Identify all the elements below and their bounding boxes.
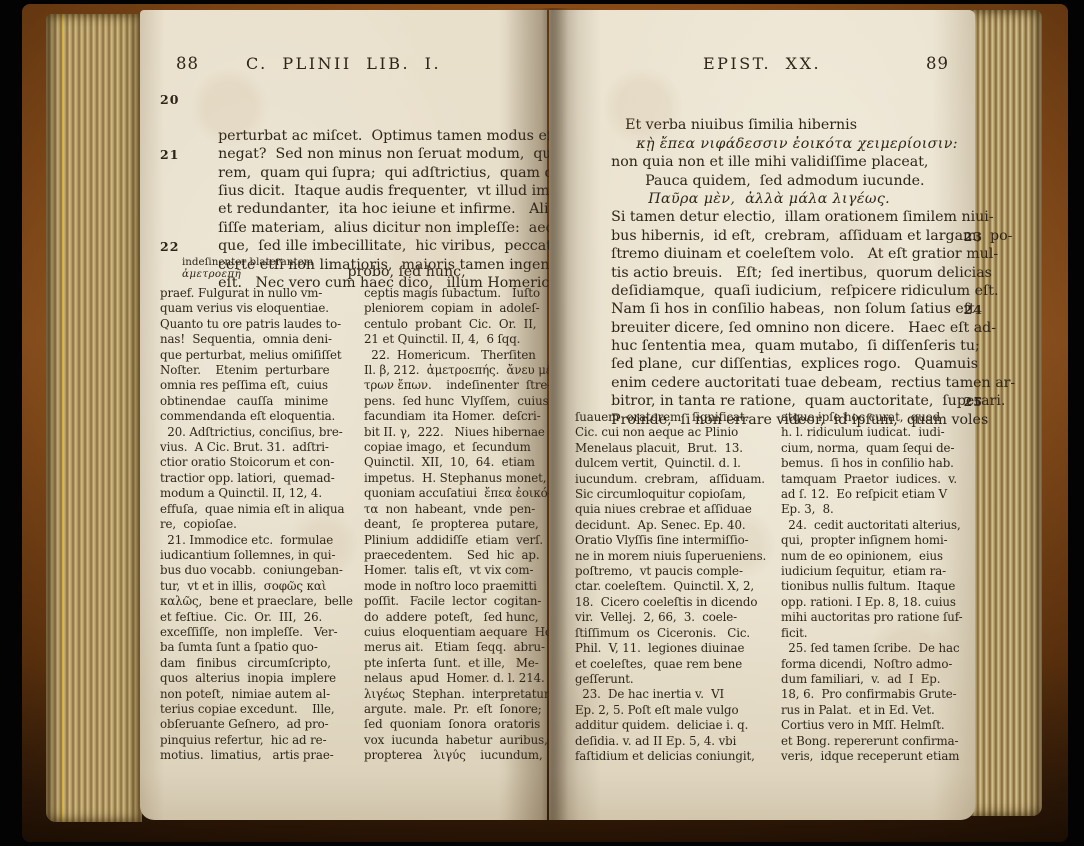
note-line: obſeruante Geſnero, ad pro- xyxy=(160,717,358,732)
note-line: copiae imago, et ſecundum xyxy=(364,440,556,455)
note-line: impetus. H. Stephanus monet, xyxy=(364,471,556,486)
left-page-notes-column-1: praef. Fulgurat in nullo vm-quam verius … xyxy=(160,286,358,764)
note-line: pleniorem copiam in adoleſ- xyxy=(364,301,556,316)
note-line: h. l. ridiculum iudicat. iudi- xyxy=(781,425,973,440)
note-line: facundiam ita Homer. deſcri- xyxy=(364,409,556,424)
running-header-right: EPIST. XX. xyxy=(549,54,975,73)
note-line: ſtiſſimum os Ciceronis. Cic. xyxy=(575,626,773,641)
note-line: τα non habeant, vnde pen- xyxy=(364,502,556,517)
note-line: iudicantium ſollemnes, in qui- xyxy=(160,548,358,563)
note-line: propterea λιγύς iucundum, xyxy=(364,748,556,763)
note-line: ctior oratio Stoicorum et con- xyxy=(160,455,358,470)
note-line: tionibus nullis fultum. Itaque xyxy=(781,579,973,594)
note-line: 18. Cicero coeleſtis in dicendo xyxy=(575,595,773,610)
note-line: atque ipſe hoc curat, quod xyxy=(781,410,973,425)
note-line: ctar. coeleſtem. Quinctil. X, 2, xyxy=(575,579,773,594)
note-line: opp. rationi. I Ep. 8, 18. cuius xyxy=(781,595,973,610)
margin-section-number: 21 xyxy=(160,146,179,164)
body-line: negat? Sed non minus non ſeruat modum, q… xyxy=(160,108,546,126)
left-page: 88 C. PLINII LIB. I. 20 perturbat ac miſ… xyxy=(140,10,547,820)
body-line: et redundanter, ita hoc ieiune et infirm… xyxy=(160,164,546,182)
note-line: cium, norma, quam ſequi de- xyxy=(781,441,973,456)
note-line: ba ſumta ſunt a ſpatio quo- xyxy=(160,640,358,655)
note-line: deant, ſe propterea putare, xyxy=(364,517,556,532)
margin-section-number: 24 xyxy=(964,301,983,319)
interlinear-gloss-latin: indeſinenter blaterantem xyxy=(182,257,313,269)
left-fore-edge xyxy=(46,14,142,822)
body-line: 20 perturbat ac miſcet. Optimus tamen mo… xyxy=(160,90,546,108)
note-line: Il. β, 212. ἀμετροεπής. ἄνευ μέ- xyxy=(364,363,556,378)
note-line: dulcem vertit, Quinctil. d. l. xyxy=(575,456,773,471)
note-line: terius copiae excedunt. Ille, xyxy=(160,702,358,717)
note-line: λιγέως Stephan. interpretatur xyxy=(364,687,556,702)
note-line: vox iucunda habetur auribus, xyxy=(364,733,556,748)
note-line: additur quidem. deliciae i. q. xyxy=(575,718,773,733)
body-line: breuiter dicere, ſed omnino non dicere. … xyxy=(575,300,967,318)
note-line: motius. limatius, artis prae- xyxy=(160,748,358,763)
note-line: tur, vt et in illis, σοφῶς καὶ xyxy=(160,579,358,594)
note-line: 21 et Quinctil. II, 4, 6 ſqq. xyxy=(364,332,556,347)
note-line: quia niues crebrae et aſſiduae xyxy=(575,502,773,517)
interlinear-note: indeſinenter blaterantem ἀμετροεπῆ probo… xyxy=(160,257,466,280)
note-line: Phil. V, 11. legiones diuinae xyxy=(575,641,773,656)
note-line: bit II. γ, 222. Niues hibernae xyxy=(364,425,556,440)
note-line: 25. ſed tamen ſcribe. De hac xyxy=(781,641,973,656)
note-line: nas! Sequentia, omnia deni- xyxy=(160,332,358,347)
body-line: bitror, in tanta re ratione, quam auctor… xyxy=(575,374,967,392)
body-line: que, ſed ille imbecillitate, hic viribus… xyxy=(160,200,546,218)
note-line: que perturbat, melius omiſiſſet xyxy=(160,348,358,363)
note-line: quos alterius inopia implere xyxy=(160,671,358,686)
note-line: dum familiari, v. ad I Ep. xyxy=(781,672,973,687)
right-page: 89 EPIST. XX. Et verba niuibus ſimilia h… xyxy=(549,10,975,820)
margin-section-number: 20 xyxy=(160,91,179,109)
body-line: ſtremo diuinam et coeleſtem volo. At eſt… xyxy=(575,227,967,245)
right-page-notes-column-1: ſuauem oratorem ſignificat.Cic. cui non … xyxy=(575,410,773,764)
note-line: veris, idque receperunt etiam xyxy=(781,749,973,764)
note-line: non poteſt, nimiae autem al- xyxy=(160,687,358,702)
note-line: et Bong. repererunt confirma- xyxy=(781,734,973,749)
body-line: tis actio breuis. Eſt; ſed inertibus, qu… xyxy=(575,245,967,263)
note-line: Plinium addidiſſe etiam verſ. xyxy=(364,533,556,548)
note-line: merus ait. Etiam ſeqq. abru- xyxy=(364,640,556,655)
note-line: praef. Fulgurat in nullo vm- xyxy=(160,286,358,301)
note-line: καλῶς, bene et praeclare, belle xyxy=(160,594,358,609)
note-line: Ep. 3, 8. xyxy=(781,502,973,517)
body-line: Si tamen detur electio, illam orationem … xyxy=(575,190,967,208)
body-line: non quia non et ille mihi validiſſime pl… xyxy=(575,135,967,153)
note-line: pte inſerta ſunt. et ille, Me- xyxy=(364,656,556,671)
note-line: faſtidium et delicias coniungit, xyxy=(575,749,773,764)
body-line: rem, quam qui ſupra; qui adſtrictius, qu… xyxy=(160,127,546,145)
note-line: τρων ἔπων. indeſinenter ſtre- xyxy=(364,378,556,393)
right-page-notes-column-2: atque ipſe hoc curat, quodh. l. ridiculu… xyxy=(781,410,973,764)
note-line: centulo probant Cic. Or. II, xyxy=(364,317,556,332)
note-line: forma dicendi, Noſtro admo- xyxy=(781,657,973,672)
note-line: effuſa, quae nimia eſt in aliqua xyxy=(160,502,358,517)
body-line: Proinde, ſi non errare videor, id ipſum,… xyxy=(575,392,967,410)
note-line: commendanda eſt eloquentia. xyxy=(160,409,358,424)
note-line: quoniam accuſatiui ἔπεα ἐοικό- xyxy=(364,486,556,501)
body-line: huc ſententia mea, quam mutabo, ſi diſſe… xyxy=(575,319,967,337)
note-line: Quanto tu ore patris laudes to- xyxy=(160,317,358,332)
note-line: bemus. ſi hos in conſilio hab. xyxy=(781,456,973,471)
note-line: num de eo opinionem, eius xyxy=(781,549,973,564)
note-line: mihi auctoritas pro ratione ſuf- xyxy=(781,610,973,625)
body-line: deſidiamque, quaſi iudicium, reſpicere r… xyxy=(575,264,967,282)
note-line: exceſſiſſe, non impleſſe. Ver- xyxy=(160,625,358,640)
note-line: ad ſ. 12. Eo reſpicit etiam V xyxy=(781,487,973,502)
body-line: Pauca quidem, ſed admodum iucunde. xyxy=(575,153,967,171)
note-line: ne in morem niuis ſuperueniens. xyxy=(575,549,773,564)
note-line: quam verius vis eloquentiae. xyxy=(160,301,358,316)
note-line: ſuauem oratorem ſignificat. xyxy=(575,410,773,425)
note-line: Homer. talis eſt, vt vix com- xyxy=(364,563,556,578)
note-line: geſſerunt. xyxy=(575,672,773,687)
note-line: cuius eloquentiam aequare Ho- xyxy=(364,625,556,640)
note-line: mode in noſtro loco praemitti xyxy=(364,579,556,594)
body-line: enim cedere auctoritati tuae debeam, rec… xyxy=(575,355,967,373)
left-page-body: 20 perturbat ac miſcet. Optimus tamen mo… xyxy=(160,90,546,256)
note-line: argute. male. Pr. eſt ſonore; xyxy=(364,702,556,717)
body-line: 21 ſius dicit. Itaque audis frequenter, … xyxy=(160,145,546,163)
body-line: Et verba niuibus ſimilia hibernis xyxy=(575,98,967,116)
right-page-body: Et verba niuibus ſimilia hibernis κῂ ἔπε… xyxy=(575,98,967,411)
note-line: 22. Homericum. Therſiten xyxy=(364,348,556,363)
note-line: deſidia. v. ad II Ep. 5, 4. vbi xyxy=(575,734,773,749)
note-line: ceptis magis ſubactum. Iuſto xyxy=(364,286,556,301)
left-page-notes-column-2: ceptis magis ſubactum. Iuſtopleniorem co… xyxy=(364,286,556,764)
body-line: Παῦρα μὲν, ἀλλὰ μάλα λιγέως. xyxy=(575,172,967,190)
note-line: poſtremo, vt paucis comple- xyxy=(575,564,773,579)
body-line: 22 eſt. Nec vero cum haec dico, illum Ho… xyxy=(160,237,546,255)
note-line: re, copioſae. xyxy=(160,517,358,532)
body-line: Nam ſi hos in conſilio habeas, non ſolum… xyxy=(575,282,967,300)
note-line: do addere poteſt, ſed hunc, xyxy=(364,610,556,625)
body-line-text: probo, ſed hunc, xyxy=(347,264,465,280)
note-line: 24. cedit auctoritati alterius, xyxy=(781,518,973,533)
note-line: vius. A Cic. Brut. 31. adſtri- xyxy=(160,440,358,455)
note-line: 18, 6. Pro confirmabis Grute- xyxy=(781,687,973,702)
note-line: et feſtiue. Cic. Or. III, 26. xyxy=(160,610,358,625)
interlinear-glosses: indeſinenter blaterantem ἀμετροεπῆ xyxy=(182,257,313,280)
note-line: ficit. xyxy=(781,626,973,641)
note-line: Quinctil. XII, 10, 64. etiam xyxy=(364,455,556,470)
body-line: ſed plane, cur diſſentias, explices rogo… xyxy=(575,337,967,355)
note-line: obtinendae cauſſa minime xyxy=(160,394,358,409)
note-line: pinquius refertur, hic ad re- xyxy=(160,733,358,748)
note-line: dam finibus circumſcripto, xyxy=(160,656,358,671)
note-line: tamquam Praetor iudices. v. xyxy=(781,472,973,487)
body-line: κῂ ἔπεα νιφάδεσσιν ἐοικότα χειμερίοισιν: xyxy=(575,116,967,134)
note-line: iudicium ſequitur, etiam ra- xyxy=(781,564,973,579)
note-line: nelaus apud Homer. d. l. 214. xyxy=(364,671,556,686)
margin-section-number: 22 xyxy=(160,238,179,256)
body-line: ſiſſe materiam, alius dicitur non impleſ… xyxy=(160,182,546,200)
note-line: Cortius vero in Mſſ. Helmſt. xyxy=(781,718,973,733)
note-line: praecedentem. Sed hic ap. xyxy=(364,548,556,563)
note-line: vir. Vellej. 2, 66, 3. coele- xyxy=(575,610,773,625)
note-line: bus duo vocabb. coniungeban- xyxy=(160,563,358,578)
margin-section-number: 23 xyxy=(964,228,983,246)
body-line: certe etſi non limatioris, maioris tamen… xyxy=(160,219,546,237)
note-line: Sic circumloquitur copioſam, xyxy=(575,487,773,502)
note-line: qui, propter inſignem homi- xyxy=(781,533,973,548)
note-line: 21. Immodice etc. formulae xyxy=(160,533,358,548)
note-line: Cic. cui non aeque ac Plinio xyxy=(575,425,773,440)
note-line: et coeleſtes, quae rem bene xyxy=(575,657,773,672)
note-line: Oratio Vlyſſis ſine intermiſſio- xyxy=(575,533,773,548)
note-line: Ep. 2, 5. Poſt eſt male vulgo xyxy=(575,703,773,718)
body-line: bus hibernis, id eſt, crebram, aſſiduam … xyxy=(575,208,967,226)
note-line: 20. Adſtrictius, conciſius, bre- xyxy=(160,425,358,440)
note-line: poſſit. Facile lector cogitan- xyxy=(364,594,556,609)
margin-section-number: 25 xyxy=(964,393,983,411)
running-header-left: C. PLINII LIB. I. xyxy=(140,54,547,73)
note-line: Noſter. Etenim perturbare xyxy=(160,363,358,378)
note-line: rus in Palat. et in Ed. Vet. xyxy=(781,703,973,718)
note-line: decidunt. Ap. Senec. Ep. 40. xyxy=(575,518,773,533)
note-line: tractior opp. latiori, quemad- xyxy=(160,471,358,486)
note-line: ſed quoniam ſonora oratoris xyxy=(364,717,556,732)
note-line: modum a Quinctil. II, 12, 4. xyxy=(160,486,358,501)
note-line: Menelaus placuit, Brut. 13. xyxy=(575,441,773,456)
book-photo: 88 C. PLINII LIB. I. 20 perturbat ac miſ… xyxy=(0,0,1084,846)
note-line: pens. ſed hunc Vlyſſem, cuius xyxy=(364,394,556,409)
note-line: omnia res peſſima eſt, cuius xyxy=(160,378,358,393)
note-line: 23. De hac inertia v. VI xyxy=(575,687,773,702)
note-line: iucundum. crebram, aſſiduam. xyxy=(575,472,773,487)
interlinear-gloss-greek: ἀμετροεπῆ xyxy=(182,269,313,281)
